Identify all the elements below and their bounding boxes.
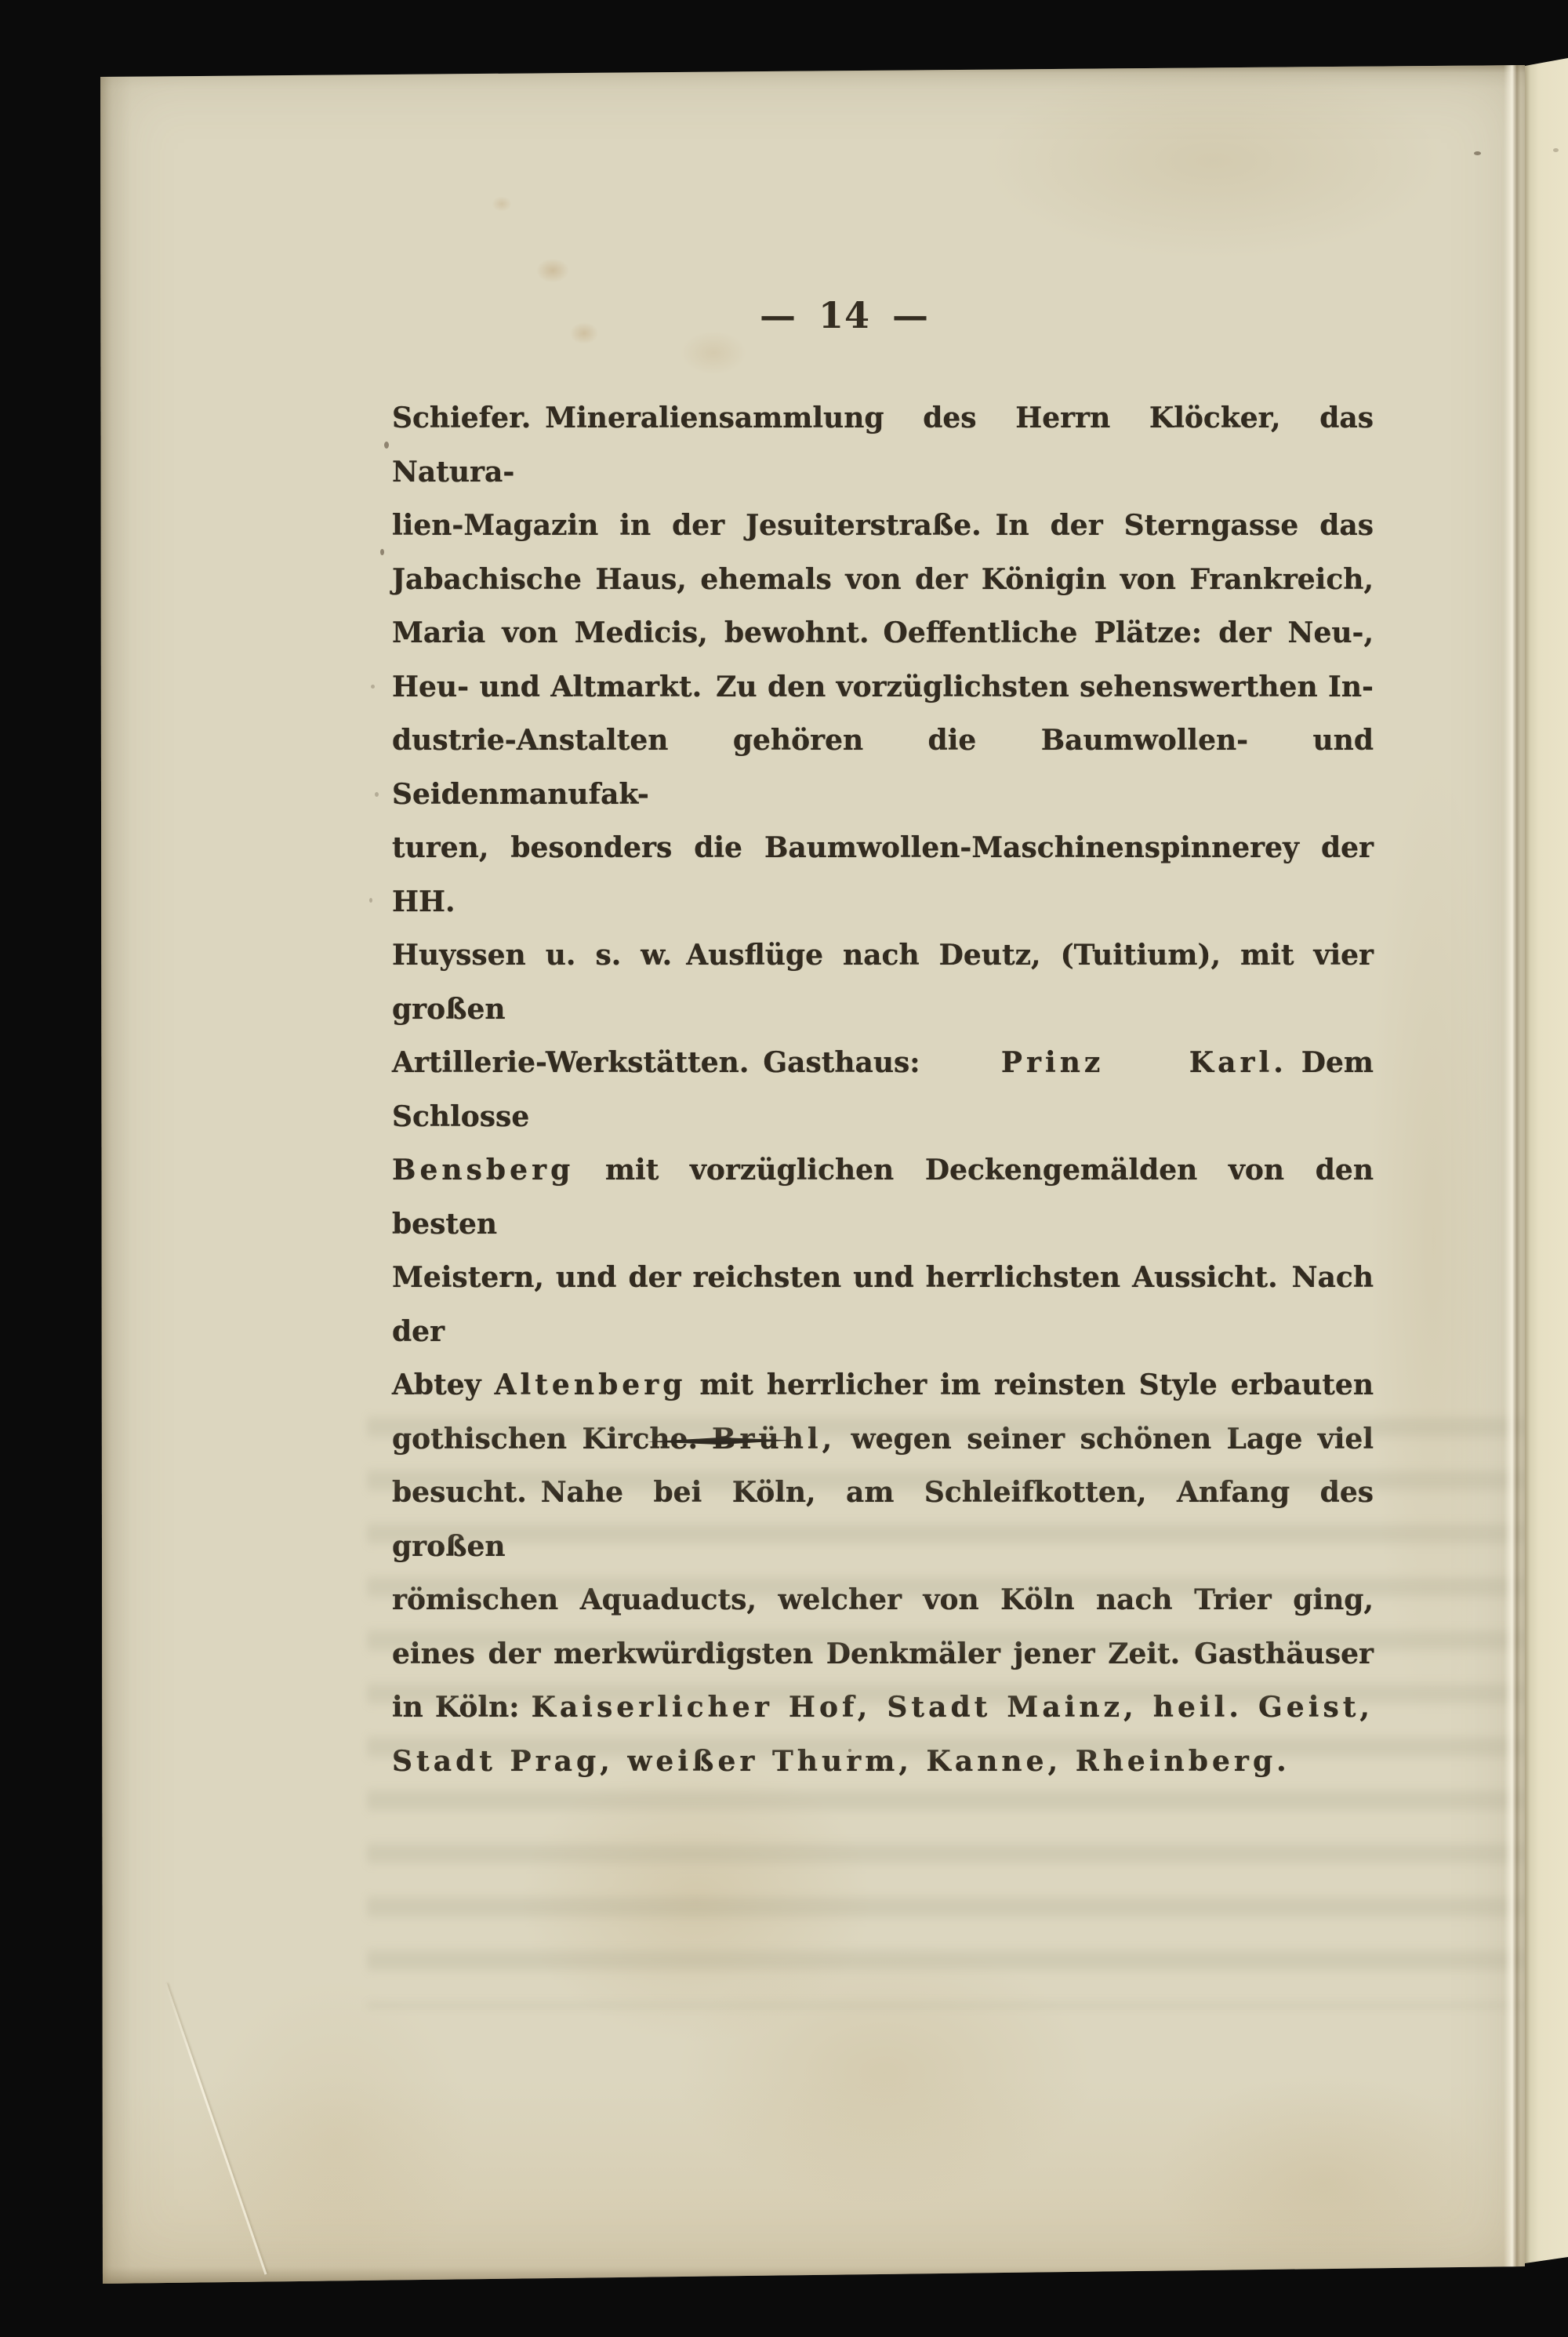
ink-speck [380, 549, 384, 555]
text-line: Bensberg mit vorzüglichen Deckengemälden… [392, 1143, 1374, 1251]
photo-background: —14— Schiefer. Mineraliensammlung des He… [0, 0, 1568, 2337]
page-number: 14 [818, 294, 870, 336]
text-segment: Schiefer. Mineraliensammlung des Herrn K… [392, 402, 1374, 489]
text-segment: Meistern, und der reichsten und herrlich… [392, 1261, 1374, 1348]
text-line: lien-Magazin in der Jesuiterstraße. In d… [392, 499, 1374, 553]
page-header: —14— [354, 294, 1334, 336]
text-segment: turen, besonders die Baumwollen-Maschine… [392, 831, 1374, 918]
spaced-text-segment: Prinz Karl. [1001, 1046, 1287, 1079]
text-segment: Heu- und Altmarkt. Zu den vorzüglichsten… [392, 671, 1374, 703]
header-dash-right: — [892, 294, 929, 336]
fore-edge-strip [1525, 58, 1568, 2263]
ink-speck [1553, 148, 1559, 152]
right-fold-crease [1504, 65, 1525, 2284]
text-line: Jabachische Haus, ehemals von der Königi… [392, 553, 1374, 607]
text-line: Huyssen u. s. w. Ausflüge nach Deutz, (T… [392, 929, 1374, 1036]
text-segment: Jabachische Haus, ehemals von der Königi… [392, 563, 1374, 596]
ink-speck [848, 1749, 851, 1752]
text-segment: lien-Magazin in der Jesuiterstraße. In d… [392, 509, 1374, 542]
ink-speck [1474, 151, 1481, 155]
ink-speck [384, 442, 389, 449]
ink-speck [375, 792, 379, 797]
ink-speck [369, 898, 372, 903]
text-line: Heu- und Altmarkt. Zu den vorzüglichsten… [392, 660, 1374, 714]
text-line: Maria von Medicis, bewohnt. Oeffentliche… [392, 606, 1374, 660]
spaced-text-segment: Bensberg [392, 1154, 574, 1187]
text-segment: dustrie-Anstalten gehören die Baumwollen… [392, 724, 1374, 811]
text-line: Schiefer. Mineraliensammlung des Herrn K… [392, 391, 1374, 499]
text-line: dustrie-Anstalten gehören die Baumwollen… [392, 714, 1374, 821]
text-segment: Huyssen u. s. w. Ausflüge nach Deutz, (T… [392, 939, 1374, 1026]
text-line: turen, besonders die Baumwollen-Maschine… [392, 821, 1374, 929]
text-segment: Artillerie-Werkstätten. Gasthaus: [392, 1046, 1001, 1079]
text-line: Meistern, und der reichsten und herrlich… [392, 1251, 1374, 1358]
text-segment: Maria von Medicis, bewohnt. Oeffentliche… [392, 616, 1374, 649]
text-line: Artillerie-Werkstätten. Gasthaus: Prinz … [392, 1036, 1374, 1143]
book-page: —14— Schiefer. Mineraliensammlung des He… [100, 65, 1525, 2284]
bleedthrough-texture [367, 1389, 1527, 2008]
bottom-left-crease [165, 1983, 267, 2275]
ink-speck [371, 685, 375, 689]
header-dash-left: — [760, 294, 797, 336]
